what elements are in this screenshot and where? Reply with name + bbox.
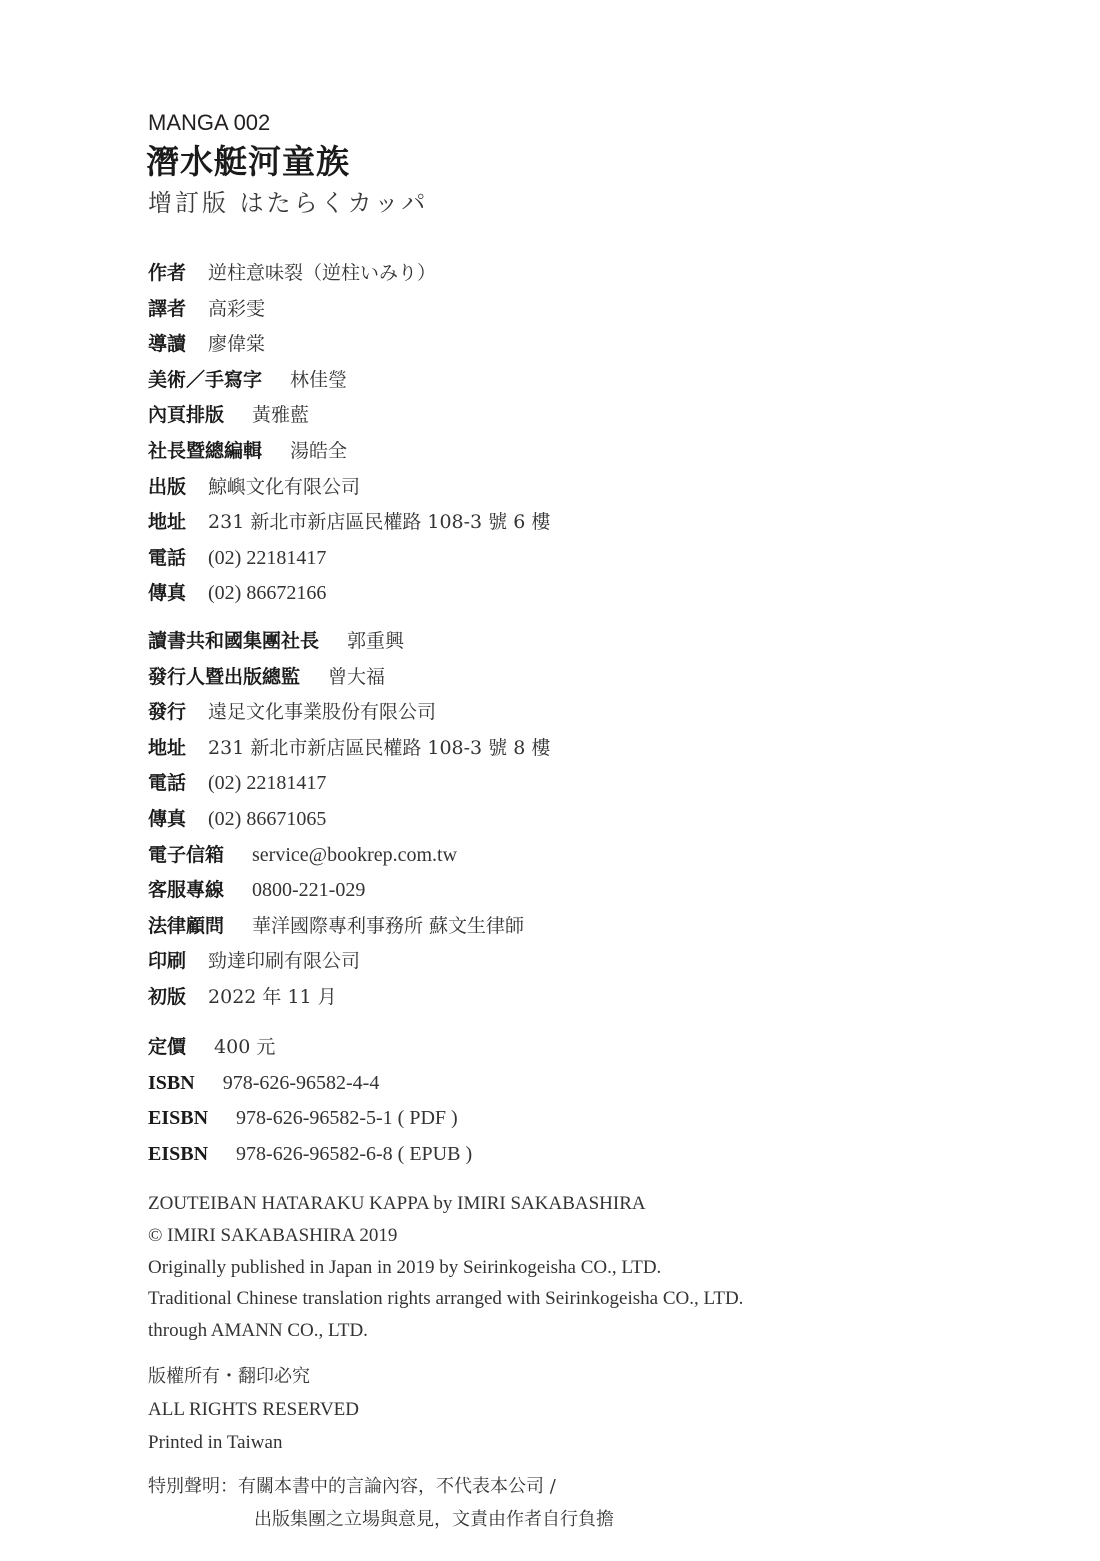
credit-value: 0800-221-029	[252, 873, 365, 909]
eisbn-epub-row: EISBN978-626-96582-6-8 ( EPUB )	[148, 1137, 472, 1173]
credit-row-editor-in-chief: 社長暨總編輯湯皓全	[148, 434, 550, 470]
credit-label: 出版	[148, 470, 186, 506]
credit-row-address: 地址231 新北市新店區民權路 108-3 號 6 樓	[148, 505, 550, 541]
isbn-row: ISBN978-626-96582-4-4	[148, 1066, 472, 1102]
translation-rights-line: Traditional Chinese translation rights a…	[148, 1283, 743, 1315]
credit-label: 發行	[148, 695, 186, 731]
credit-value: 黃雅藍	[252, 398, 309, 434]
pricing-isbn: 定價400 元 ISBN978-626-96582-4-4 EISBN978-6…	[148, 1030, 472, 1172]
rights-notice: 版權所有・翻印必究 ALL RIGHTS RESERVED Printed in…	[148, 1360, 359, 1459]
credit-value: 曾大福	[328, 660, 385, 696]
credit-label: 初版	[148, 980, 186, 1016]
credit-label: 客服專線	[148, 873, 224, 909]
email-link[interactable]: service@bookrep.com.tw	[252, 838, 457, 874]
price-label: 定價	[148, 1030, 186, 1066]
credit-label: 內頁排版	[148, 398, 224, 434]
credit-value: (02) 86671065	[208, 802, 326, 838]
credit-value: 遠足文化事業股份有限公司	[208, 695, 436, 731]
credit-label: 傳真	[148, 802, 186, 838]
credit-value: 華洋國際專利事務所 蘇文生律師	[252, 909, 524, 945]
credit-value: 2022 年 11 月	[208, 980, 337, 1016]
credit-row-introduction: 導讀廖偉棠	[148, 327, 550, 363]
credit-row-fax: 傳真(02) 86672166	[148, 576, 550, 612]
credit-value: (02) 86672166	[208, 576, 326, 612]
credit-value: 231 新北市新店區民權路 108-3 號 8 樓	[208, 731, 550, 767]
isbn-value: 978-626-96582-4-4	[223, 1066, 380, 1102]
credit-row-author: 作者逆柱意味裂（逆柱いみり）	[148, 256, 550, 292]
isbn-label: ISBN	[148, 1066, 195, 1102]
all-rights-reserved: ALL RIGHTS RESERVED	[148, 1393, 359, 1426]
copyright-zh: 版權所有・翻印必究	[148, 1360, 359, 1393]
credit-value: (02) 22181417	[208, 766, 326, 802]
credit-row-phone: 電話(02) 22181417	[148, 541, 550, 577]
credit-row-phone: 電話(02) 22181417	[148, 766, 550, 802]
agency-line: through AMANN CO., LTD.	[148, 1315, 743, 1347]
original-rights-notice: ZOUTEIBAN HATARAKU KAPPA by IMIRI SAKABA…	[148, 1188, 743, 1347]
credit-row-translator: 譯者高彩雯	[148, 292, 550, 328]
disclaimer-line-1: 特別聲明：有關本書中的言論內容，不代表本公司 /	[148, 1470, 614, 1503]
credit-value: 高彩雯	[208, 292, 265, 328]
credits-distributor: 讀書共和國集團社長郭重興 發行人暨出版總監曾大福 發行遠足文化事業股份有限公司 …	[148, 624, 550, 1016]
eisbn-value: 978-626-96582-5-1 ( PDF )	[236, 1101, 458, 1137]
credit-label: 印刷	[148, 944, 186, 980]
original-publication-line: Originally published in Japan in 2019 by…	[148, 1252, 743, 1284]
credit-value: 231 新北市新店區民權路 108-3 號 6 樓	[208, 505, 550, 541]
book-subtitle: 增訂版 はたらくカッパ	[148, 186, 428, 220]
credit-value: 勁達印刷有限公司	[208, 944, 360, 980]
credit-value: 湯皓全	[290, 434, 347, 470]
credit-value: 鯨嶼文化有限公司	[208, 470, 360, 506]
price-row: 定價400 元	[148, 1030, 472, 1066]
credit-row-group-president: 讀書共和國集團社長郭重興	[148, 624, 550, 660]
original-title-line: ZOUTEIBAN HATARAKU KAPPA by IMIRI SAKABA…	[148, 1188, 743, 1220]
credit-row-fax: 傳真(02) 86671065	[148, 802, 550, 838]
credit-row-legal-counsel: 法律顧問華洋國際專利事務所 蘇文生律師	[148, 909, 550, 945]
eisbn-pdf-row: EISBN978-626-96582-5-1 ( PDF )	[148, 1101, 472, 1137]
eisbn-label: EISBN	[148, 1137, 208, 1173]
credit-row-address: 地址231 新北市新店區民權路 108-3 號 8 樓	[148, 731, 550, 767]
eisbn-label: EISBN	[148, 1101, 208, 1137]
credit-label: 導讀	[148, 327, 186, 363]
eisbn-value: 978-626-96582-6-8 ( EPUB )	[236, 1137, 472, 1173]
disclaimer-line-2: 出版集團之立場與意見，文責由作者自行負擔	[148, 1503, 614, 1536]
credit-label: 電子信箱	[148, 838, 224, 874]
credit-label: 法律顧問	[148, 909, 224, 945]
credit-label: 美術／手寫字	[148, 363, 262, 399]
copyright-line: © IMIRI SAKABASHIRA 2019	[148, 1220, 743, 1252]
credit-label: 傳真	[148, 576, 186, 612]
credit-label: 電話	[148, 766, 186, 802]
credit-label: 地址	[148, 505, 186, 541]
credit-row-distribution: 發行遠足文化事業股份有限公司	[148, 695, 550, 731]
credit-label: 電話	[148, 541, 186, 577]
credit-row-printer: 印刷勁達印刷有限公司	[148, 944, 550, 980]
credit-value: (02) 22181417	[208, 541, 326, 577]
credit-value: 林佳瑩	[290, 363, 347, 399]
printed-in: Printed in Taiwan	[148, 1426, 359, 1459]
credit-row-customer-service: 客服專線0800-221-029	[148, 873, 550, 909]
price-value: 400 元	[214, 1030, 275, 1066]
credit-label: 作者	[148, 256, 186, 292]
credit-label: 發行人暨出版總監	[148, 660, 300, 696]
credit-row-issuer: 發行人暨出版總監曾大福	[148, 660, 550, 696]
credit-label: 地址	[148, 731, 186, 767]
credit-row-email: 電子信箱service@bookrep.com.tw	[148, 838, 550, 874]
credit-row-layout: 內頁排版黃雅藍	[148, 398, 550, 434]
credits-publisher: 作者逆柱意味裂（逆柱いみり） 譯者高彩雯 導讀廖偉棠 美術／手寫字林佳瑩 內頁排…	[148, 256, 550, 612]
credit-label: 社長暨總編輯	[148, 434, 262, 470]
credit-row-first-edition: 初版2022 年 11 月	[148, 980, 550, 1016]
book-title: 潛水艇河童族	[146, 140, 350, 184]
credit-row-art: 美術／手寫字林佳瑩	[148, 363, 550, 399]
credit-value: 廖偉棠	[208, 327, 265, 363]
credit-label: 譯者	[148, 292, 186, 328]
credit-label: 讀書共和國集團社長	[148, 624, 319, 660]
credit-row-publisher: 出版鯨嶼文化有限公司	[148, 470, 550, 506]
credit-value: 郭重興	[347, 624, 404, 660]
special-disclaimer: 特別聲明：有關本書中的言論內容，不代表本公司 / 出版集團之立場與意見，文責由作…	[148, 1470, 614, 1536]
series-label: MANGA 002	[148, 108, 270, 138]
credit-value: 逆柱意味裂（逆柱いみり）	[208, 256, 436, 292]
